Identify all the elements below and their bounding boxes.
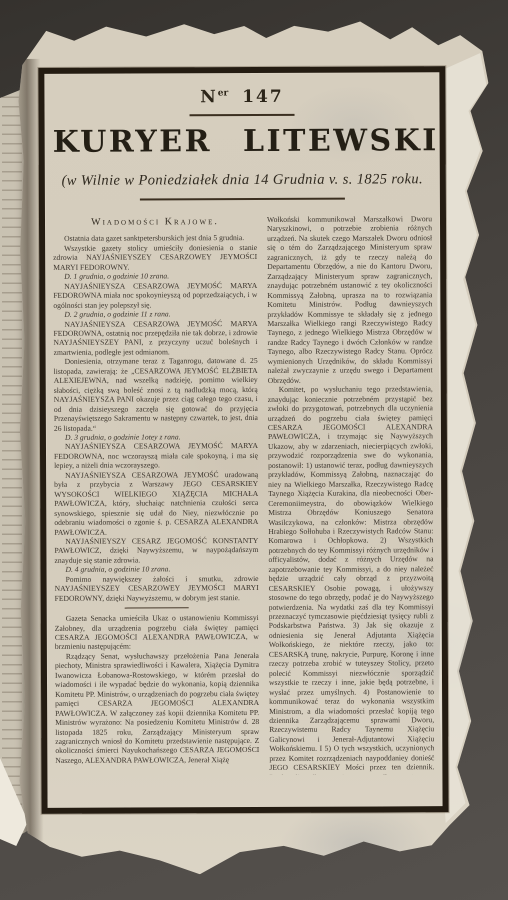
paragraph: Doniesienia, otrzymane teraz z Taganrogu… [54, 356, 258, 433]
paragraph: Gazeta Senacka umieściła Ukaz o ustanowi… [55, 613, 259, 652]
paragraph: Komitet, po wysłuchaniu tego przedstawie… [268, 384, 435, 775]
paragraph: NAYJAŚNIEYSZA CESARZOWA JEYMOŚĆ MARYA FE… [53, 319, 257, 358]
newspaper-scan: Ner147 KURYER LITEWSKI (w Wilnie w Ponie… [0, 0, 508, 900]
masthead-rule-top [190, 114, 295, 116]
section-heading: Wiadomości Krajowe. [53, 217, 257, 227]
paragraph: NAYJAŚNIEYSZA CESARZOWA JEYMOŚĆ uradowan… [54, 470, 258, 537]
right-column: Wołkoński kommunikował Marszałkowi Dworu… [267, 214, 434, 775]
paragraph: Pomimo naywiększey żałości i smutku, zdr… [55, 574, 259, 603]
page-frame: Ner147 KURYER LITEWSKI (w Wilnie w Ponie… [38, 66, 448, 814]
issue-label-superscript: er [218, 88, 229, 98]
issue-label: N [200, 87, 218, 107]
paragraph: Wszystkie gazety stolicy umieściły donie… [53, 243, 257, 272]
masthead-rule-bottom [140, 198, 345, 201]
left-column: Wiadomości Krajowe.Ostatnia data gazet s… [53, 215, 259, 776]
paragraph: Wołkoński kommunikował Marszałkowi Dworu… [267, 214, 433, 385]
section-divider [125, 607, 189, 608]
paragraph: Rządzący Senat, wysłuchawszy przełożenia… [55, 651, 259, 765]
paragraph: NAYJAŚNIEYSZY CESARZ JEGOMOŚĆ KONSTANTY … [54, 536, 258, 565]
newspaper-page: Ner147 KURYER LITEWSKI (w Wilnie w Ponie… [0, 0, 508, 900]
newspaper-title: KURYER LITEWSKI [53, 123, 432, 160]
paragraph: NAYJAŚNIEYSZA CESARZOWA JEYMOŚĆ MARYA FE… [53, 281, 257, 310]
masthead: Ner147 KURYER LITEWSKI (w Wilnie w Ponie… [52, 86, 431, 201]
issue-number: Ner147 [52, 86, 431, 108]
article-columns: Wiadomości Krajowe.Ostatnia data gazet s… [53, 214, 434, 776]
dateline: (w Wilnie w Poniedziałek dnia 14 Grudnia… [53, 171, 432, 190]
issue-number-value: 147 [242, 87, 284, 107]
paragraph: NAYJAŚNIEYSZA CESARZOWA JEYMOŚĆ MARYA FE… [54, 441, 258, 470]
